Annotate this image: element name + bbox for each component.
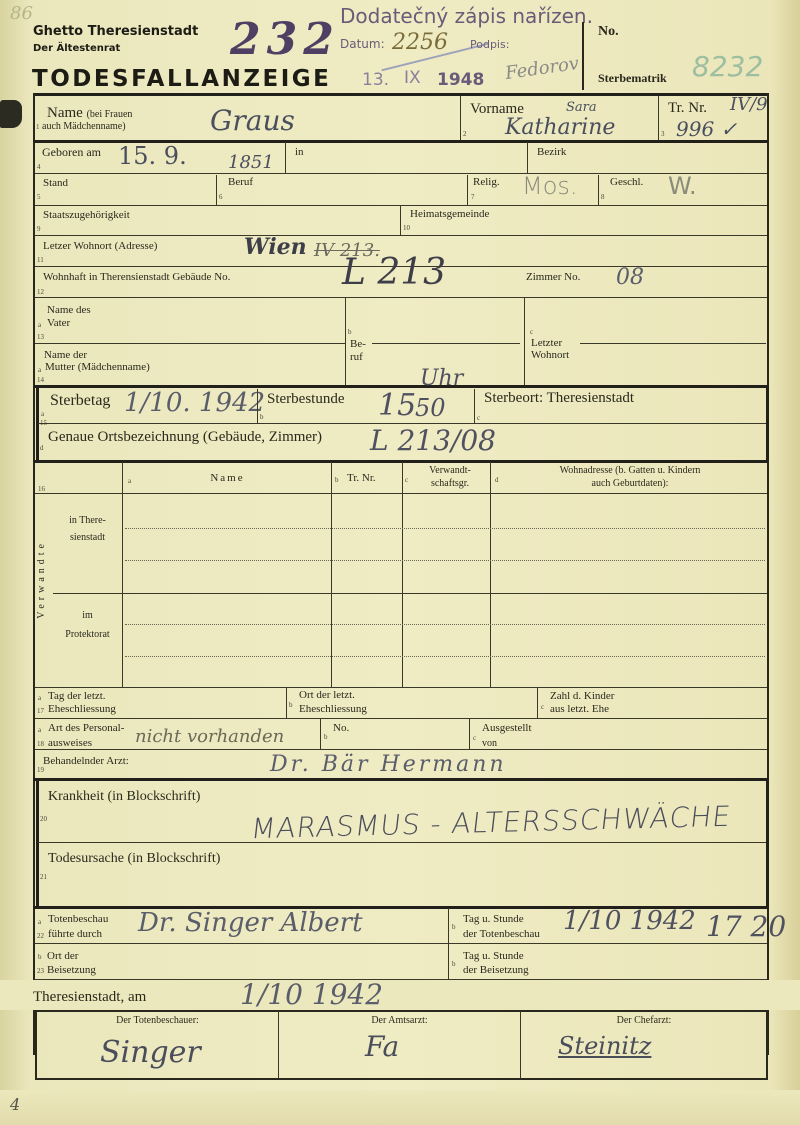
- header-divider: [582, 22, 584, 90]
- divider: [448, 908, 449, 980]
- signature-label-amtsarzt: Der Amtsarzt:: [279, 1015, 520, 1026]
- field-sub: c: [477, 414, 480, 422]
- totenbeschau-tag-date[interactable]: 1/10 1942: [563, 906, 696, 936]
- letzter-wohnort-parent-label-2: Wohnort: [531, 349, 569, 362]
- field-num: 17: [37, 707, 44, 715]
- field-sub: a: [38, 726, 41, 734]
- field-sub: c: [541, 703, 544, 711]
- col-sub: b: [335, 476, 339, 484]
- table-row[interactable]: [125, 560, 765, 561]
- stand-label: Stand: [43, 177, 68, 190]
- field-num: 16: [38, 485, 45, 493]
- geschl-value[interactable]: W.: [668, 172, 697, 200]
- row-divider: [33, 460, 768, 463]
- name-label-note: (bei Frauen: [87, 109, 133, 120]
- heimatsgemeinde-label: Heimatsgemeinde: [410, 208, 489, 221]
- stamp-podpis-label: Podpis:: [470, 38, 509, 51]
- fill-line: [580, 343, 766, 344]
- field-num: 6: [219, 193, 223, 201]
- field-sub: b: [260, 413, 264, 421]
- name-label-note2: 1 auch Mädchenname): [36, 121, 126, 132]
- col-header-wohnadresse-1: Wohnadresse (b. Gatten u. Kindern: [495, 465, 765, 476]
- divider: [537, 688, 538, 718]
- wohnhaft-value[interactable]: L 213: [342, 252, 446, 293]
- todesursache-label: Todesursache (in Blockschrift): [48, 851, 220, 867]
- row-divider: [35, 235, 767, 236]
- row-divider: [35, 749, 767, 750]
- corner-mark: 4: [10, 1095, 20, 1114]
- form-title: TODESFALLANZEIGE: [32, 66, 331, 92]
- divider: [285, 142, 286, 174]
- sterbestunde-hours[interactable]: 15: [378, 388, 416, 423]
- relig-value[interactable]: Mos.: [522, 172, 578, 200]
- marriage-kinder-label-2: aus letzt. Ehe: [550, 703, 609, 716]
- row-divider: [35, 297, 767, 298]
- signature-label-chefarzt: Der Chefarzt:: [521, 1015, 767, 1026]
- beisetzung-label-1: Ort der: [47, 950, 78, 963]
- sterbetag-label: Sterbetag: [50, 392, 110, 410]
- col-header-name: Name: [125, 472, 330, 485]
- col-header-tr-nr: Tr. Nr.: [347, 472, 376, 485]
- field-sub: b: [348, 328, 352, 336]
- table-row[interactable]: [125, 656, 765, 657]
- vater-label-2: Vater: [47, 317, 70, 330]
- stamp-signature: Fedorov: [504, 53, 580, 84]
- id-art-value[interactable]: nicht vorhanden: [135, 726, 284, 747]
- col-header-verwandt-2: schaftsgr.: [410, 478, 490, 489]
- stamp-line: Dodatečný zápis nařízen.: [340, 4, 593, 28]
- field-num: 21: [40, 873, 47, 881]
- place-date-value[interactable]: 1/10 1942: [240, 978, 383, 1011]
- row-divider: [35, 718, 767, 719]
- totenbeschau-label-2: führte durch: [48, 928, 102, 941]
- divider: [320, 719, 321, 749]
- id-no-label: No.: [333, 722, 349, 735]
- signature-amtsarzt: Fa: [365, 1030, 399, 1063]
- field-sub: b: [324, 733, 328, 741]
- beisetzung-tag-label-1: Tag u. Stunde: [463, 950, 524, 963]
- field-num: 8: [601, 193, 605, 201]
- field-sub: a: [38, 694, 41, 702]
- field-sub: a: [38, 366, 41, 374]
- field-num: 20: [40, 815, 47, 823]
- org-name: Ghetto Theresienstadt: [33, 24, 198, 39]
- row-divider: [38, 842, 766, 843]
- col-divider: [331, 462, 332, 688]
- death-block-right: [766, 386, 769, 461]
- sterbestunde-label: Sterbestunde: [267, 391, 344, 408]
- field-num: 1: [36, 123, 40, 131]
- geschl-label: Geschl.: [610, 176, 643, 189]
- group-protektorat-2: Protektorat: [55, 628, 120, 641]
- name-label-text: Name: [47, 105, 83, 121]
- totenbeschau-tag-label-2: der Totenbeschau: [463, 928, 540, 941]
- col-divider: [122, 462, 123, 688]
- marriage-ort-label-1: Ort der letzt.: [299, 689, 355, 702]
- geboren-year-value[interactable]: 1851: [228, 152, 274, 173]
- wohnhaft-label: Wohnhaft in Therensienstadt Gebäude No.: [43, 271, 230, 284]
- field-sub: c: [530, 328, 533, 336]
- field-num: 10: [403, 224, 410, 232]
- mutter-label-2: Mutter (Mädchenname): [45, 361, 150, 374]
- col-divider: [402, 462, 403, 688]
- sterbematrik-value: 8232: [692, 50, 763, 83]
- totenbeschau-tag-label-1: Tag u. Stunde: [463, 913, 524, 926]
- place-date-label: Theresienstadt, am: [33, 989, 146, 1006]
- cause-block-left: [36, 780, 39, 908]
- vater-label-1: Name des: [47, 304, 91, 317]
- bezirk-label: Bezirk: [537, 146, 566, 159]
- divider: [469, 719, 470, 749]
- field-sub: b: [289, 701, 293, 709]
- table-bottom: [35, 687, 767, 688]
- row-divider: [35, 173, 767, 174]
- signature-chefarzt: Steinitz: [558, 1032, 651, 1060]
- beisetzung-label-2: Beisetzung: [47, 964, 96, 977]
- signature-label-totenbeschauer: Der Totenbeschauer:: [37, 1015, 278, 1026]
- marriage-tag-label-1: Tag der letzt.: [48, 690, 106, 703]
- group-theresienstadt-2: sienstadt: [55, 531, 120, 544]
- arzt-label: Behandelnder Arzt:: [43, 755, 129, 768]
- arzt-value[interactable]: Dr. Bär Hermann: [270, 752, 507, 777]
- group-protektorat-1: im: [55, 609, 120, 622]
- field-sub: b: [38, 953, 42, 961]
- handwritten-record-number: 232: [230, 14, 340, 65]
- divider: [216, 175, 217, 205]
- vorname-note: Sara: [566, 100, 597, 115]
- marriage-ort-label-2: Eheschliessung: [299, 703, 367, 716]
- field-sub: b: [452, 923, 456, 931]
- stamp-datum-value: 2256: [392, 30, 448, 55]
- sterbestunde-minutes[interactable]: 50: [415, 394, 446, 422]
- margin-note: 86: [10, 3, 33, 24]
- zimmer-label: Zimmer No.: [526, 271, 580, 284]
- marriage-tag-label-2: Eheschliessung: [48, 703, 116, 716]
- group-divider: [53, 593, 767, 594]
- row-divider: [35, 943, 767, 944]
- tr-nr-label: Tr. Nr.: [668, 100, 707, 117]
- divider: [467, 175, 468, 205]
- table-row[interactable]: [125, 528, 765, 529]
- beruf-parent-label-2: ruf: [350, 351, 363, 364]
- name-value[interactable]: Graus: [210, 104, 295, 137]
- vorname-value[interactable]: Katharine: [505, 115, 615, 140]
- totenbeschau-tag-time[interactable]: 17 20: [706, 910, 786, 943]
- divider: [474, 389, 475, 423]
- table-row[interactable]: [125, 624, 765, 625]
- row-divider: [33, 778, 768, 781]
- fill-line: [372, 343, 520, 344]
- field-sub: a: [41, 410, 44, 418]
- id-art-label-1: Art des Personal-: [48, 722, 124, 735]
- totenbeschau-label-1: Totenbeschau: [48, 913, 108, 926]
- ortsbezeichnung-label: Genaue Ortsbezeichnung (Gebäude, Zimmer): [48, 429, 322, 446]
- signature-totenbeschauer: Singer: [100, 1035, 201, 1070]
- divider: [524, 298, 525, 386]
- tr-nr-value[interactable]: 996 ✓: [676, 117, 737, 141]
- verwandte-side-label: Verwandte: [36, 540, 47, 619]
- name-label: Name (bei Frauen: [47, 105, 132, 122]
- ortsbezeichnung-value[interactable]: L 213/08: [370, 424, 496, 457]
- divider: [527, 142, 528, 174]
- beruf-parent-label-1: Be-: [350, 338, 366, 351]
- field-num: 5: [37, 193, 41, 201]
- sterbestunde-uhr: Uhr: [420, 366, 463, 391]
- divider: [286, 688, 287, 718]
- field-sub: b: [452, 960, 456, 968]
- field-num: 18: [37, 740, 44, 748]
- sterbeort-label: Sterbeort: Theresienstadt: [484, 390, 634, 407]
- field-num: 4: [37, 163, 41, 171]
- group-theresienstadt-1: in There-: [55, 514, 120, 527]
- sterbetag-value[interactable]: 1/10. 1942: [124, 388, 265, 418]
- table-header-divider: [35, 493, 767, 494]
- field-num: 11: [37, 256, 44, 264]
- field-sub: a: [38, 321, 41, 329]
- staatszugehoerigkeit-label: Staatszugehörigkeit: [43, 209, 130, 222]
- field-sub: d: [40, 444, 44, 452]
- stamp-date-day: 13.: [362, 70, 389, 90]
- krankheit-label: Krankheit (in Blockschrift): [48, 789, 200, 805]
- field-num: 23: [37, 967, 44, 975]
- row-divider: [35, 343, 345, 344]
- divider: [658, 96, 659, 141]
- totenbeschau-value[interactable]: Dr. Singer Albert: [138, 908, 363, 938]
- org-council: Der Ältestenrat: [33, 43, 120, 54]
- divider: [345, 298, 346, 386]
- row-divider: [35, 205, 767, 206]
- col-header-verwandt-1: Verwandt-: [410, 465, 490, 476]
- stamp-datum-label: Datum:: [340, 37, 385, 51]
- col-divider: [490, 462, 491, 688]
- stamp-date-month: IX: [404, 68, 421, 88]
- col-sub: c: [405, 476, 408, 484]
- stamp-date-year: 1948: [437, 70, 484, 90]
- no-label: No.: [598, 24, 619, 39]
- relig-label: Relig.: [473, 176, 500, 189]
- beisetzung-tag-label-2: der Beisetzung: [463, 964, 529, 977]
- field-num: 13: [37, 333, 44, 341]
- frame-left: [33, 93, 35, 1055]
- page-bottom: [0, 1090, 800, 1125]
- name-label-note2-text: auch Mädchenname): [42, 121, 126, 132]
- field-num: 22: [37, 932, 44, 940]
- letzter-wohnort-value[interactable]: Wien: [244, 234, 307, 260]
- geboren-day-value[interactable]: 15. 9.: [118, 142, 187, 170]
- cause-block-right: [766, 780, 769, 908]
- letzter-wohnort-label: Letzer Wohnort (Adresse): [43, 240, 157, 253]
- sterbematrik-label: Sterbematrik: [598, 72, 667, 85]
- tr-nr-value-top: IV/9: [730, 94, 768, 115]
- in-label: in: [295, 146, 304, 159]
- binding-hole-mark: [0, 100, 22, 128]
- divider: [460, 96, 461, 141]
- col-header-wohnadresse-2: auch Geburtdaten):: [495, 478, 765, 489]
- beruf-label: Beruf: [228, 176, 253, 189]
- field-num: 9: [37, 225, 41, 233]
- field-sub: c: [473, 734, 476, 742]
- marriage-kinder-label-1: Zahl d. Kinder: [550, 690, 614, 703]
- zimmer-value[interactable]: 08: [616, 265, 644, 290]
- field-num: 2: [463, 130, 467, 138]
- field-num: 7: [471, 193, 475, 201]
- field-num: 14: [37, 376, 44, 384]
- geboren-label: Geboren am: [42, 146, 101, 159]
- field-num: 3: [661, 130, 665, 138]
- divider: [598, 175, 599, 205]
- krankheit-value[interactable]: MARASMUS - ALTERSSCHWÄCHE: [249, 800, 733, 846]
- id-ausgestellt-label-1: Ausgestellt: [482, 722, 532, 735]
- divider: [257, 389, 258, 423]
- divider: [400, 206, 401, 236]
- field-sub: a: [38, 918, 41, 926]
- field-num: 12: [37, 288, 44, 296]
